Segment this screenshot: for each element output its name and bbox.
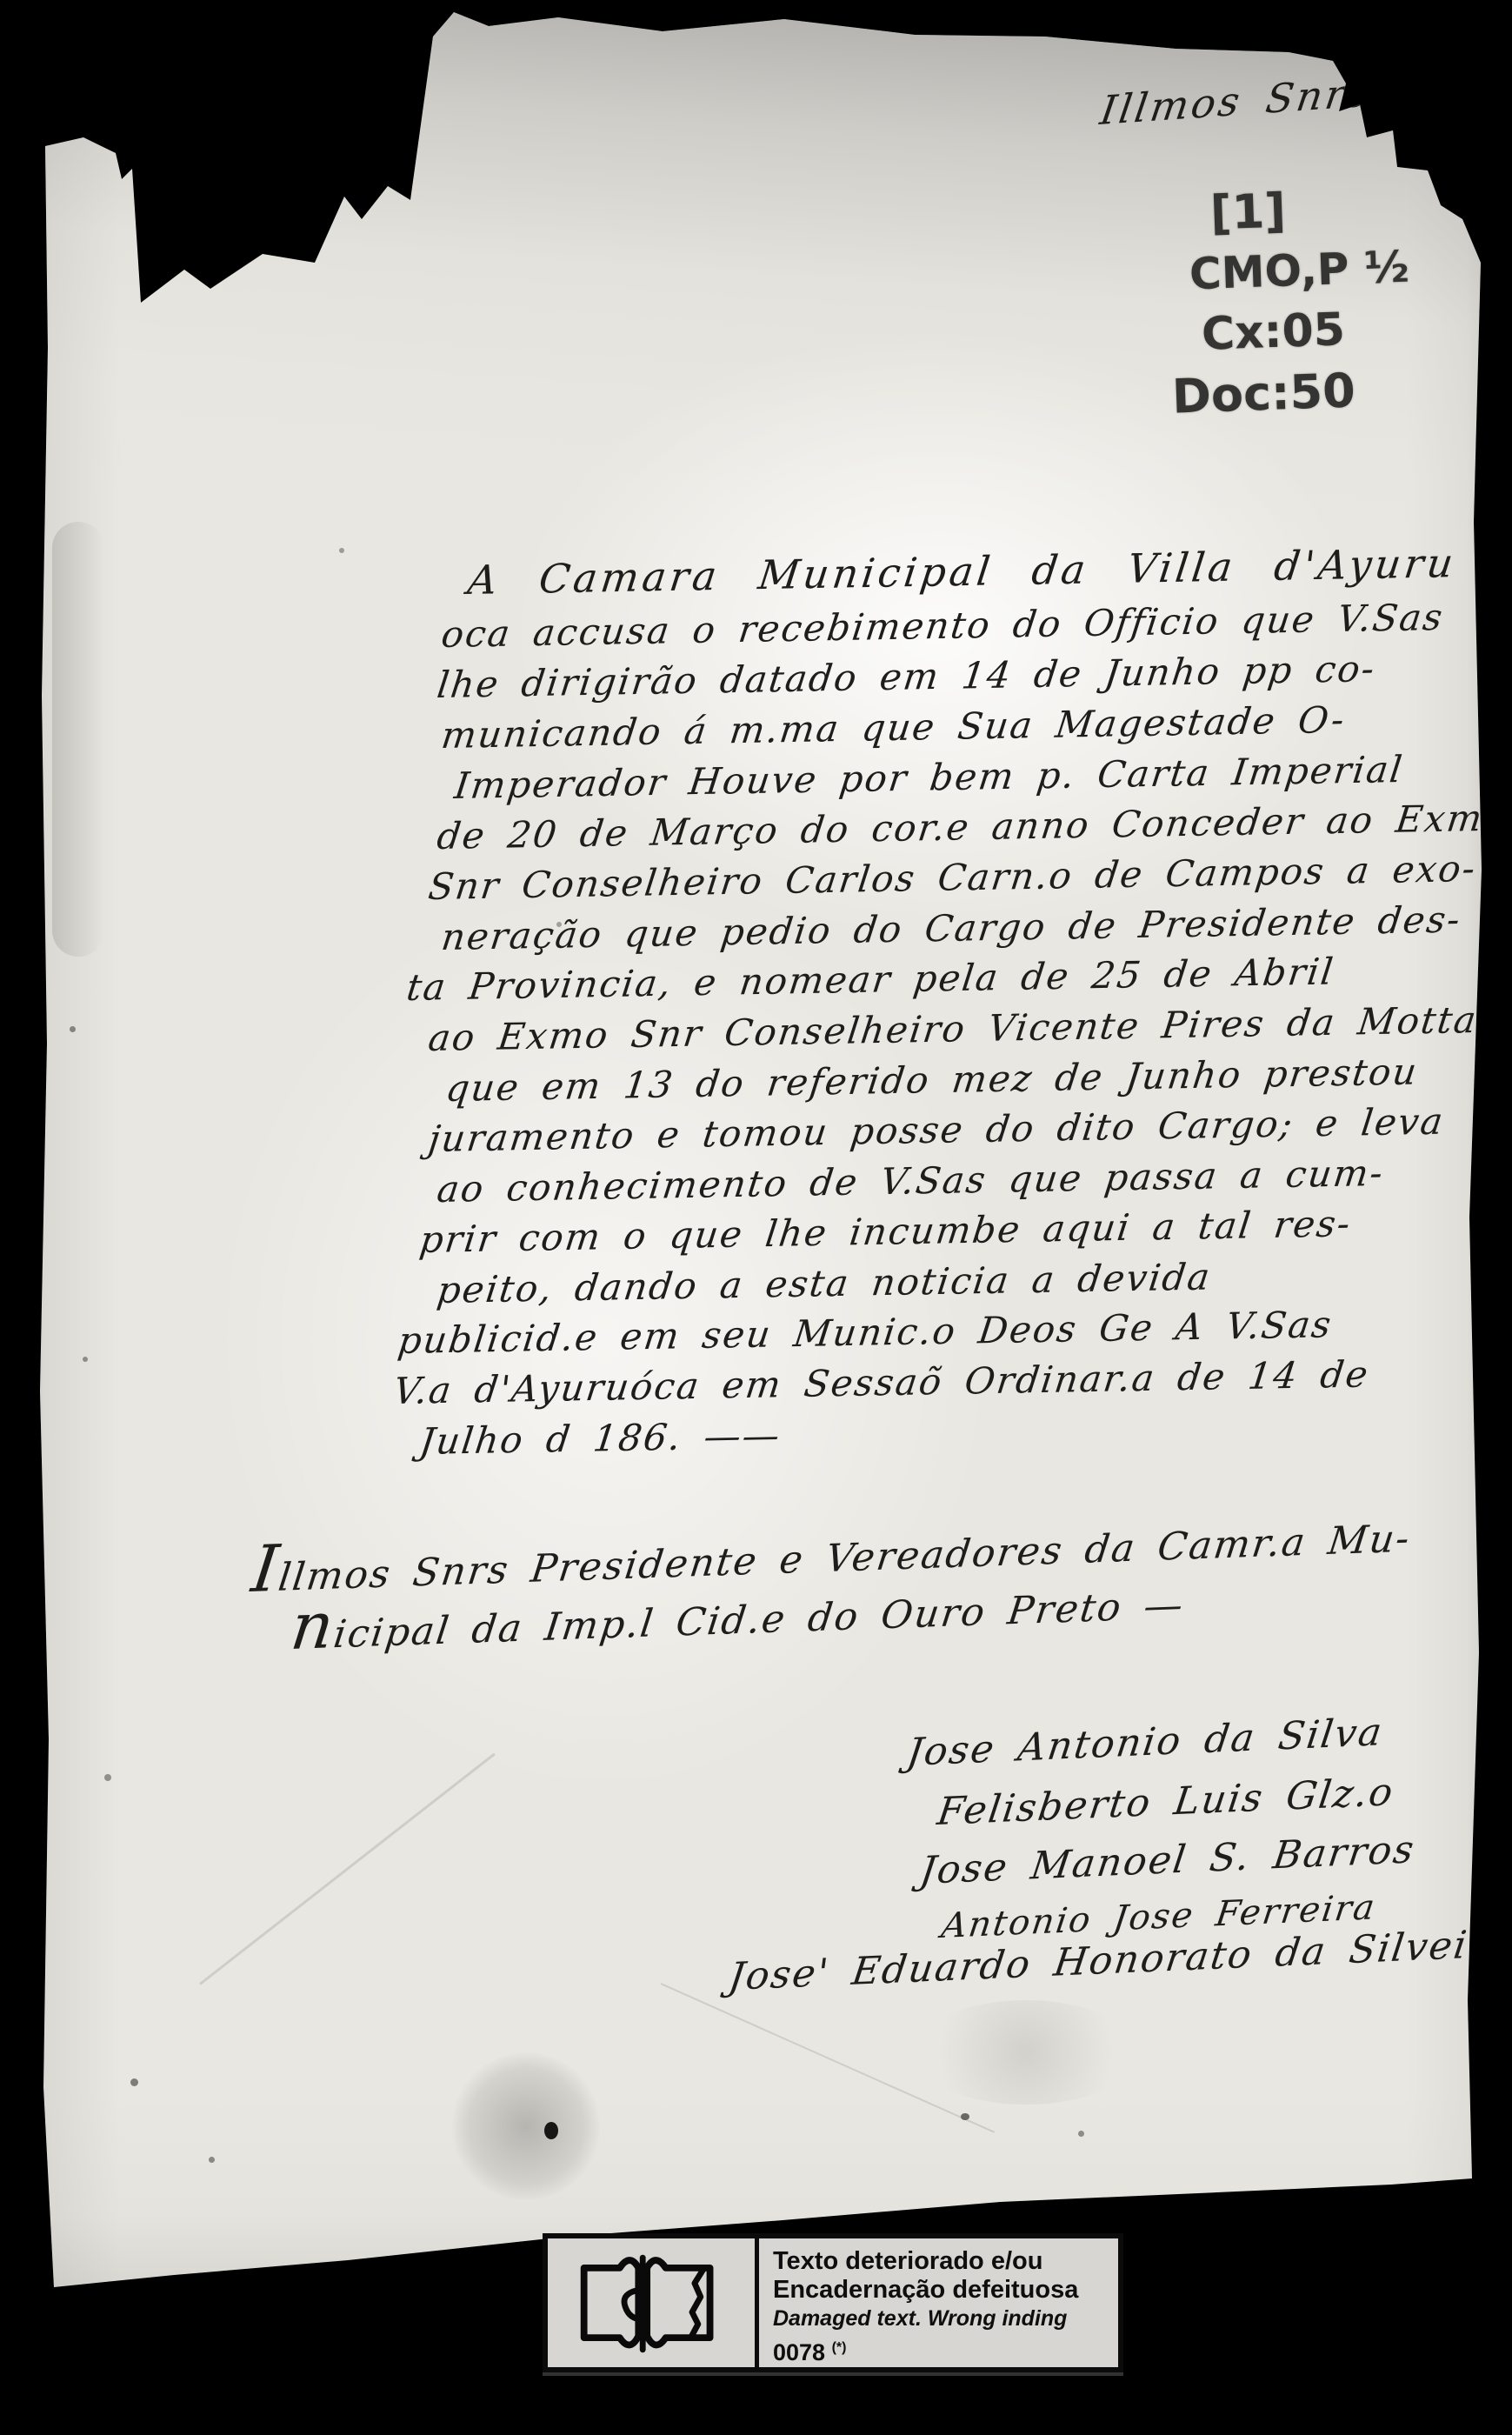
smudge bbox=[52, 522, 104, 957]
letter-line: ao conhecimento de V.Sas que passa a cum… bbox=[435, 1151, 1387, 1211]
letter-line: de 20 de Março do cor.e anno Conceder ao… bbox=[435, 797, 1509, 857]
folio-mark: [1] bbox=[1209, 183, 1287, 241]
letter-line: oca accusa o recebimento do Officio que … bbox=[439, 596, 1446, 656]
letter-line: A Camara Municipal da Villa d'Ayuru bbox=[465, 539, 1459, 604]
signature: Jose Manoel S. Barros bbox=[917, 1827, 1418, 1893]
crease-line bbox=[661, 1983, 996, 2133]
archive-condition-label: Texto deteriorado e/ou Encadernação defe… bbox=[543, 2233, 1123, 2372]
signature: Felisberto Luis Glz.o bbox=[935, 1770, 1397, 1834]
script-header: Illmos Snrs. bbox=[1097, 67, 1389, 134]
speck bbox=[209, 2157, 215, 2163]
speck bbox=[961, 2113, 969, 2120]
scanned-manuscript-page: Illmos Snrs. [1] CMO,P ½ Cx:05 Doc:50 A … bbox=[0, 0, 1512, 2435]
speck bbox=[339, 548, 344, 553]
document-mark: Doc:50 bbox=[1171, 363, 1356, 424]
letter-line: ao Exmo Snr Conselheiro Vicente Pires da… bbox=[426, 998, 1480, 1059]
letter-line: municando á m.ma que Sua Magestade O- bbox=[439, 698, 1349, 757]
letter-line: juramento e tomou posse do dito Cargo; e… bbox=[426, 1100, 1447, 1160]
damaged-book-icon bbox=[570, 2247, 732, 2358]
letter-line: Snr Conselheiro Carlos Carn.o de Campos … bbox=[426, 847, 1479, 908]
collection-mark: CMO,P ½ bbox=[1189, 242, 1410, 300]
letter-line: neração que pedio do Cargo de Presidente… bbox=[439, 898, 1464, 958]
paper-sheet: Illmos Snrs. [1] CMO,P ½ Cx:05 Doc:50 A … bbox=[0, 0, 1512, 2435]
smudge bbox=[913, 2000, 1139, 2105]
stamp-number-note: (*) bbox=[832, 2340, 847, 2355]
letter-line: que em 13 do referido mez de Junho prest… bbox=[443, 1051, 1421, 1110]
stamp-text-zone: Texto deteriorado e/ou Encadernação defe… bbox=[759, 2238, 1118, 2367]
letter-line: ta Provincia, e nomear pela de 25 de Abr… bbox=[404, 950, 1337, 1009]
letter-line: publicid.e em seu Munic.o Deos Ge A V.Sa… bbox=[396, 1303, 1335, 1362]
letter-line: Julho d 186. —— bbox=[417, 1414, 783, 1463]
box-mark: Cx:05 bbox=[1201, 304, 1346, 361]
speck bbox=[83, 1357, 88, 1362]
stamp-text-pt-1: Texto deteriorado e/ou bbox=[773, 2247, 1118, 2276]
stamp-text-en: Damaged text. Wrong inding bbox=[773, 2305, 1118, 2333]
stamp-number: 0078 (*) bbox=[773, 2333, 1118, 2367]
signature: Jose Antonio da Silva bbox=[904, 1710, 1386, 1775]
stamp-text-pt-2: Encadernação defeituosa bbox=[773, 2276, 1118, 2305]
speck bbox=[130, 2078, 138, 2086]
letter-line: peito, dando a esta noticia a devida bbox=[435, 1256, 1214, 1311]
ink-dot bbox=[544, 2122, 558, 2139]
letter-line: prir com o que lhe incumbe aqui a tal re… bbox=[417, 1202, 1354, 1261]
ink-stain bbox=[452, 2052, 600, 2200]
stamp-icon-zone bbox=[548, 2238, 755, 2367]
speck bbox=[70, 1026, 76, 1032]
speck bbox=[104, 1774, 111, 1781]
speck bbox=[1078, 2131, 1084, 2137]
letter-line: lhe dirigirão datado em 14 de Junho pp c… bbox=[435, 647, 1378, 706]
stamp-number-value: 0078 bbox=[773, 2339, 825, 2365]
letter-line: V.a d'Ayuruóca em Sessaõ Ordinar.a de 14… bbox=[391, 1352, 1372, 1412]
crease-line bbox=[199, 1753, 496, 1985]
letter-line: Imperador Houve por bem p. Carta Imperia… bbox=[452, 748, 1406, 807]
